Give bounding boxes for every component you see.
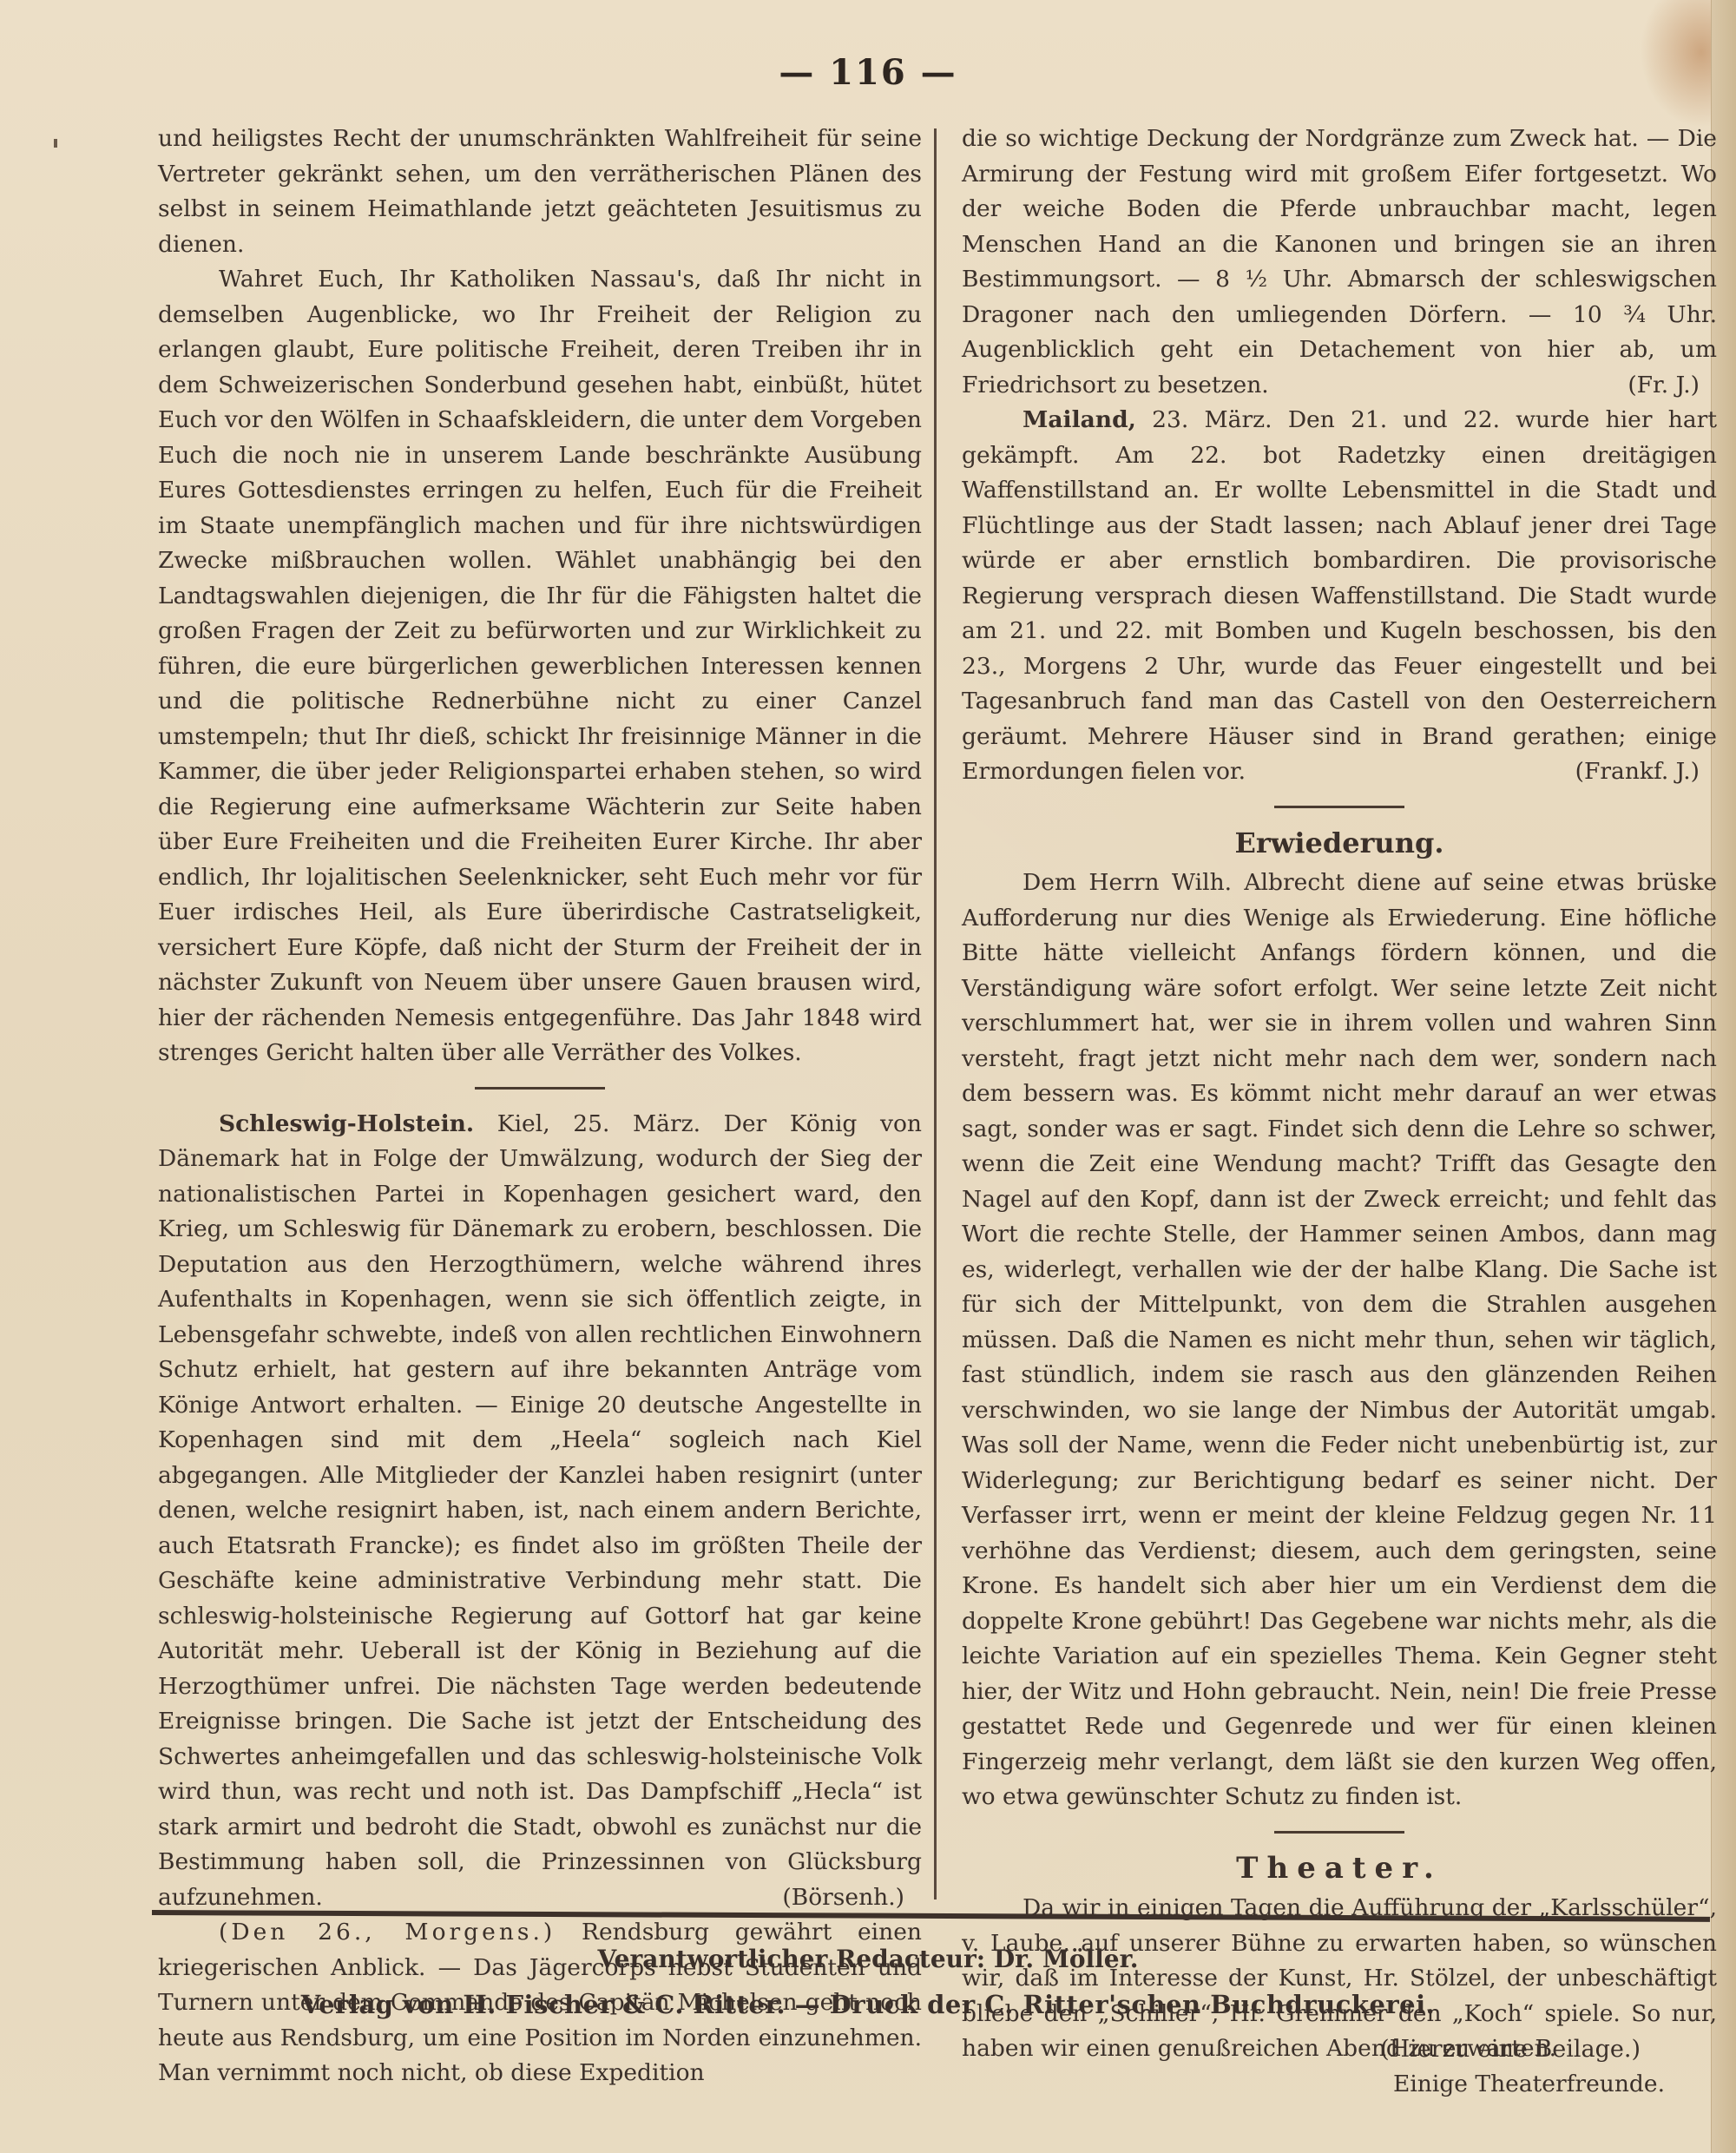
article-heading: Mailand,	[1023, 406, 1136, 433]
theater-title: Theater.	[962, 1851, 1717, 1886]
article-body: Der König von Dänemark hat in Folge der …	[158, 1110, 922, 1911]
margin-mark	[54, 139, 57, 148]
footer-editor: Verantwortlicher Redacteur: Dr. Möller.	[0, 1945, 1736, 1973]
article-source: (Frankf. J.)	[1515, 754, 1700, 790]
continuation-paragraph: die so wichtige Deckung der Nordgränze z…	[962, 122, 1717, 403]
continuation-paragraph: und heiligstes Recht der unumschränkten …	[158, 122, 922, 262]
appeal-paragraph: Wahret Euch, Ihr Katholiken Nassau's, da…	[158, 262, 922, 1071]
mailand-article: Mailand, 23. März. Den 21. und 22. wurde…	[962, 403, 1717, 790]
section-divider	[475, 1087, 605, 1090]
article-body: Den 21. und 22. wurde hier hart gekämpft…	[962, 406, 1717, 785]
continuation-body: die so wichtige Deckung der Nordgränze z…	[962, 125, 1717, 398]
page-number: — 116 —	[0, 52, 1736, 93]
report-dateline: (Den 26., Morgens.)	[219, 1919, 556, 1946]
reply-title: Erwiederung.	[962, 826, 1717, 861]
article-heading: Schleswig-Holstein.	[219, 1110, 474, 1137]
continuation-source: (Fr. J.)	[1627, 368, 1700, 404]
article-dateline: 23. März.	[1152, 406, 1272, 433]
left-column: und heiligstes Recht der unumschränkten …	[158, 122, 922, 2091]
reply-body: Dem Herrn Wilh. Albrecht diene auf seine…	[962, 866, 1717, 1815]
schleswig-article: Schleswig-Holstein. Kiel, 25. März. Der …	[158, 1107, 922, 1916]
article-dateline: Kiel, 25. März.	[497, 1110, 700, 1137]
supplement-note: (Hierzu eine Beilage.)	[1380, 2036, 1641, 2063]
column-divider	[934, 128, 937, 1900]
theater-signature: Einige Theaterfreunde.	[962, 2067, 1665, 2103]
article-source: (Börsenh.)	[721, 1880, 904, 1916]
footer-publisher: Verlag von H. Fischer & C. Ritter. — Dru…	[0, 1990, 1736, 2019]
right-column: die so wichtige Deckung der Nordgränze z…	[962, 122, 1717, 2102]
section-divider	[1274, 806, 1404, 808]
section-divider	[1274, 1831, 1404, 1834]
